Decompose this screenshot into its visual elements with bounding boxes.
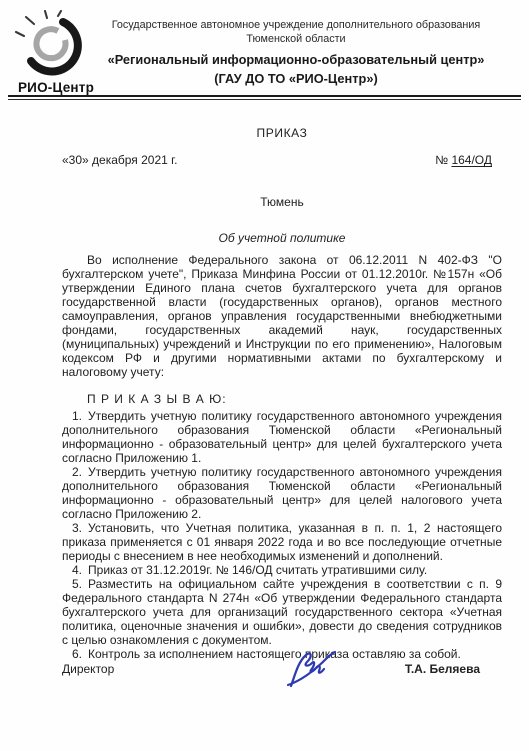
org-header: Государственное автономное учреждение до… (98, 19, 494, 86)
item-number: 1. (72, 409, 88, 423)
item-number: 6. (72, 647, 88, 661)
sun-swirl-logo-icon (13, 10, 99, 78)
date-number-row: «30» декабря 2021 г. № 164/ОД (62, 153, 502, 167)
city-label: Тюмень (62, 195, 502, 209)
item-text: Разместить на официальном сайте учрежден… (62, 577, 502, 647)
order-item: 4.Приказ от 31.12.2019г. № 146/ОД считат… (62, 563, 502, 577)
document-body: ПРИКАЗ «30» декабря 2021 г. № 164/ОД Тюм… (62, 99, 502, 661)
logo-caption: РИО-Центр (13, 80, 99, 95)
org-type-line1: Государственное автономное учреждение до… (98, 19, 494, 33)
scanned-order-document: РИО-Центр Государственное автономное учр… (0, 0, 529, 751)
org-logo: РИО-Центр (13, 10, 99, 95)
order-item: 1.Утвердить учетную политику государстве… (62, 409, 502, 465)
item-text: Контроль за исполнением настоящего прика… (88, 647, 461, 661)
resolve-word: П Р И К А З Ы В А Ю: (62, 392, 502, 406)
number-label: № (435, 153, 451, 167)
org-abbreviation: (ГАУ ДО ТО «РИО-Центр») (98, 71, 494, 86)
item-number: 3. (72, 521, 88, 535)
signature-ink-icon (282, 645, 340, 691)
number-value: 164/ОД (451, 153, 492, 167)
item-number: 4. (72, 563, 88, 577)
preamble-paragraph: Во исполнение Федерального закона от 06.… (62, 253, 502, 379)
signer-position: Директор (62, 662, 114, 676)
org-name: «Региональный информационно-образователь… (98, 52, 494, 67)
item-number: 2. (72, 465, 88, 479)
item-number: 5. (72, 577, 88, 591)
item-text: Приказ от 31.12.2019г. № 146/ОД считать … (88, 563, 427, 577)
order-item: 2.Утвердить учетную политику государстве… (62, 465, 502, 521)
item-text: Утвердить учетную политику государственн… (62, 409, 502, 465)
item-text: Установить, что Учетная политика, указан… (62, 521, 502, 563)
order-item: 3.Установить, что Учетная политика, указ… (62, 521, 502, 563)
order-date: «30» декабря 2021 г. (62, 153, 177, 167)
order-item: 5.Разместить на официальном сайте учрежд… (62, 577, 502, 647)
item-text: Утвердить учетную политику государственн… (62, 465, 502, 521)
order-number: № 164/ОД (435, 153, 492, 167)
document-title: ПРИКАЗ (62, 126, 502, 140)
order-subject: Об учетной политике (62, 231, 502, 245)
org-type-line2: Тюменской области (98, 33, 494, 47)
signer-name: Т.А. Беляева (405, 662, 480, 676)
order-items-list: 1.Утвердить учетную политику государстве… (62, 409, 502, 661)
